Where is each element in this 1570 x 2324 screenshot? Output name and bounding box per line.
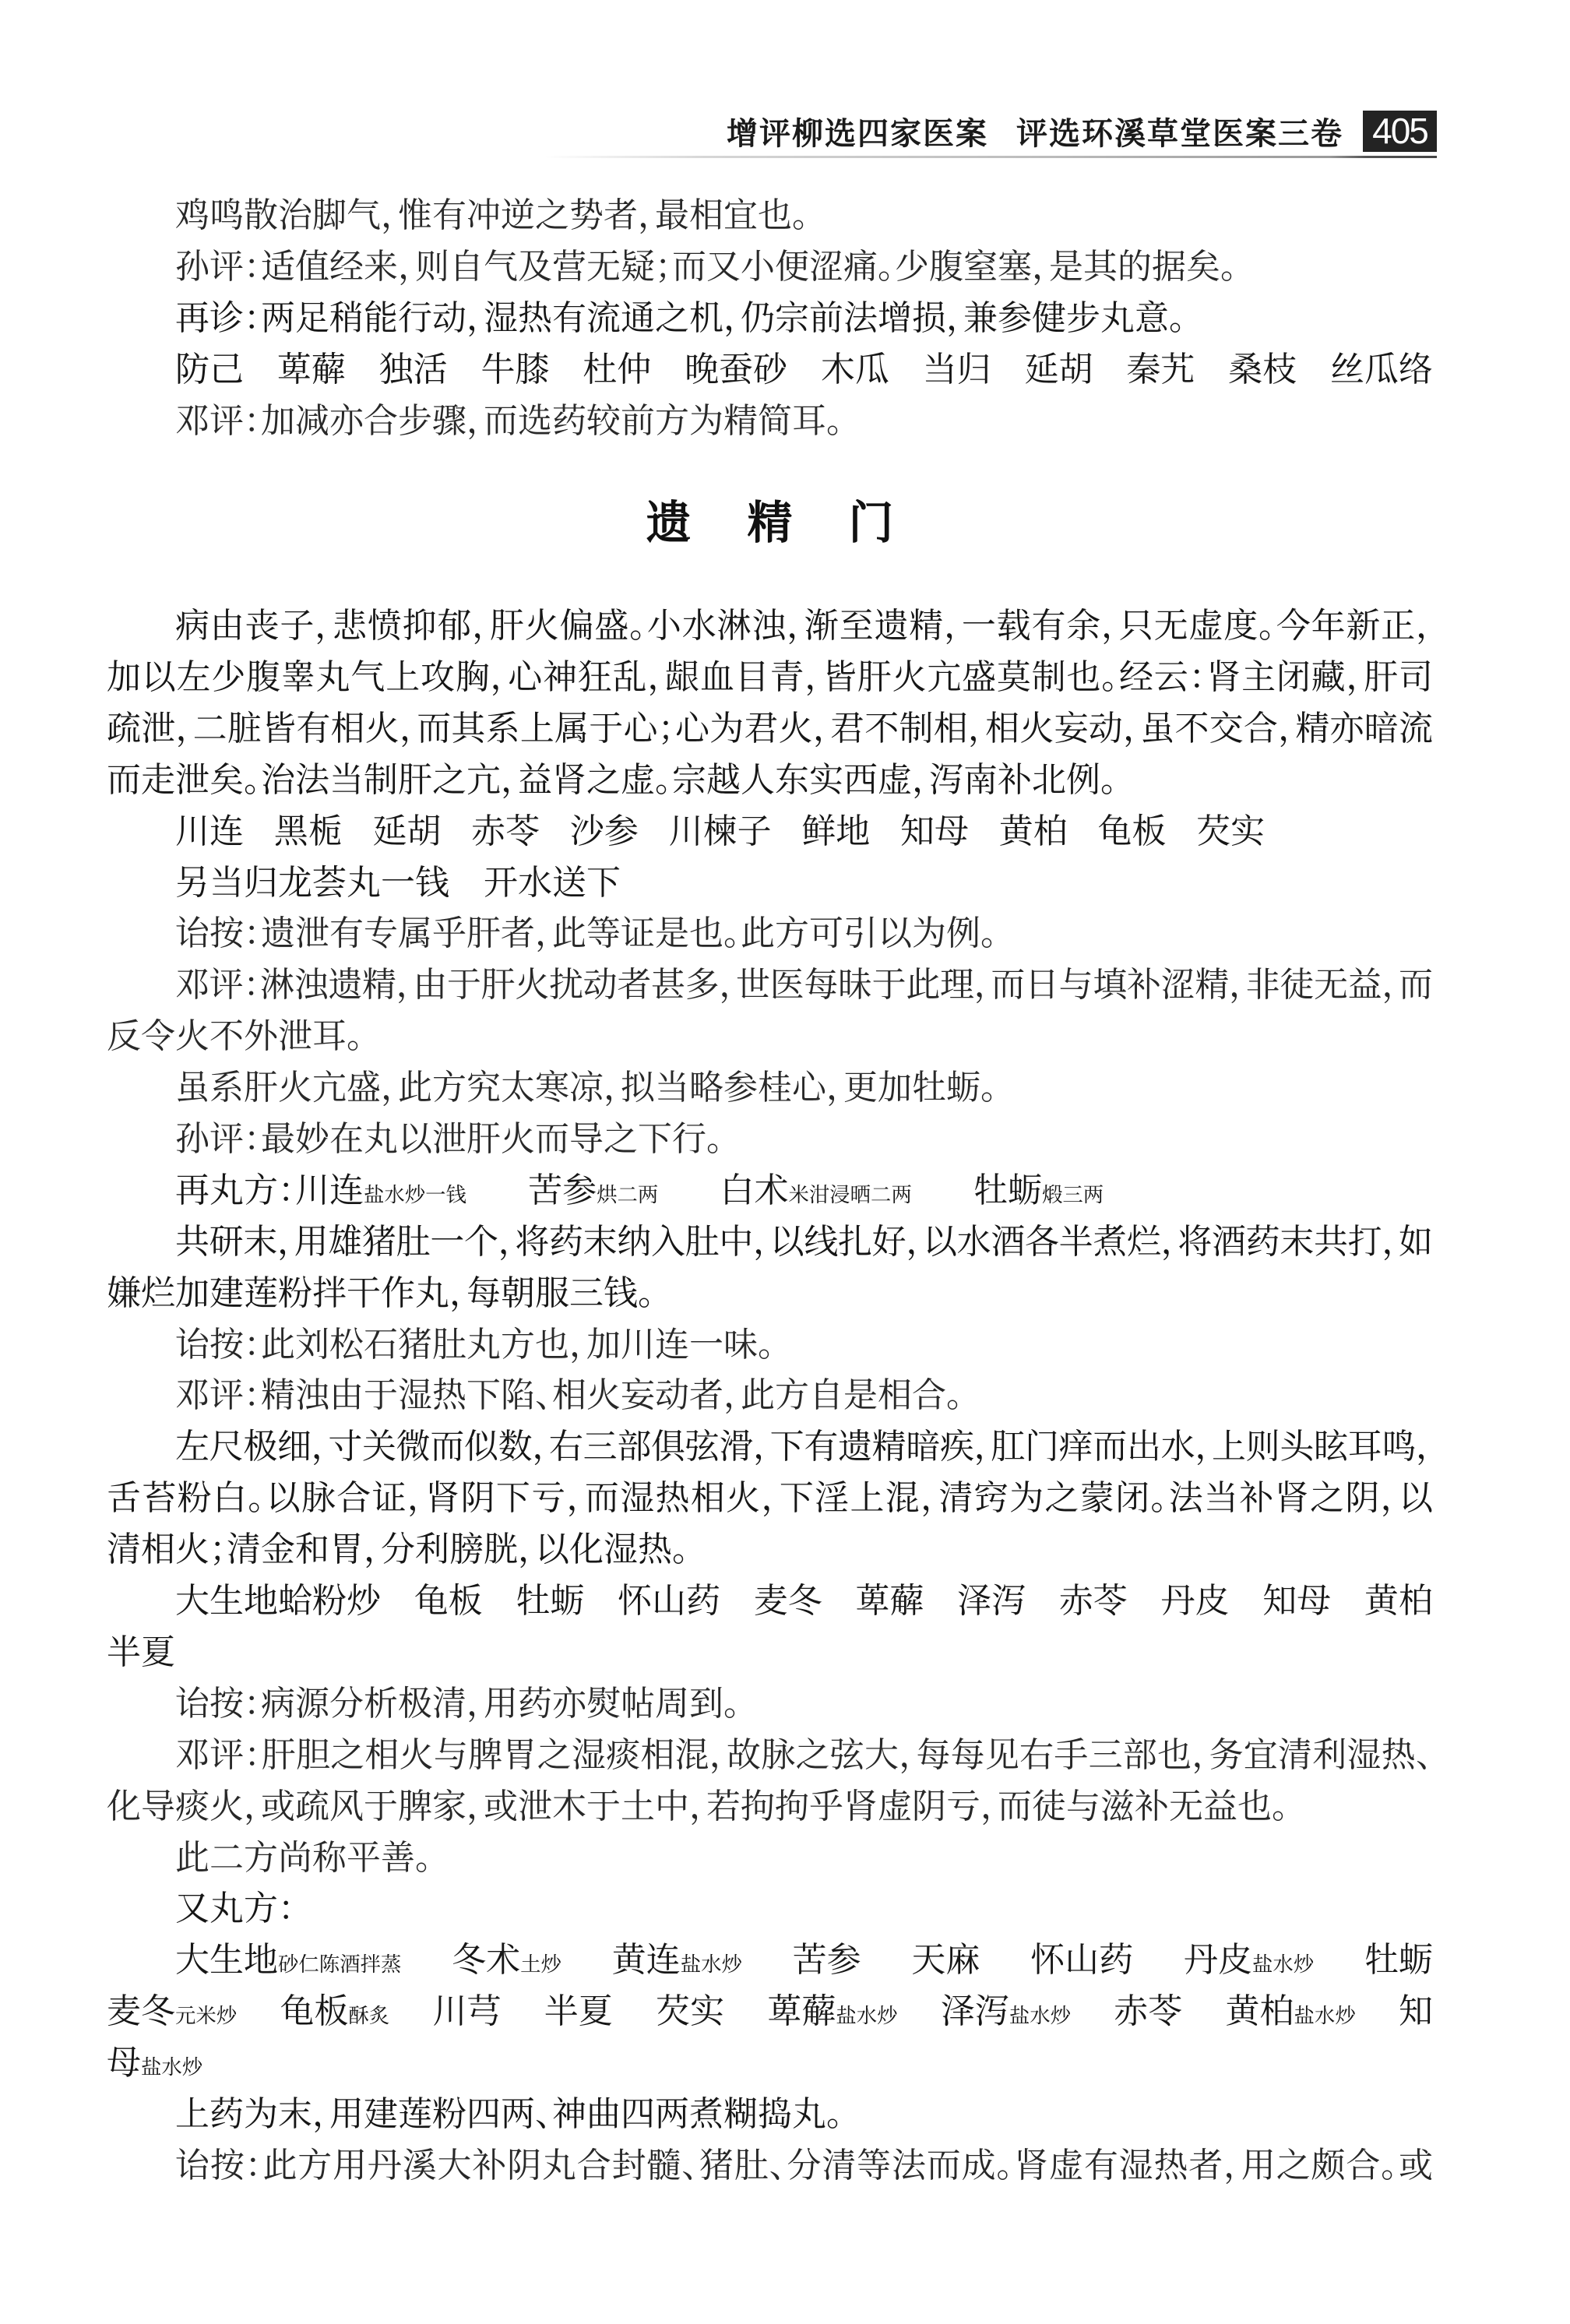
herb-item: 母盐水炒 [107, 2037, 202, 2093]
herb-item: 赤苓 [1059, 1576, 1128, 1627]
revisit-note: 再诊：两足稍能行动，湿热有流通之机，仍宗前法增损，兼参健步丸意。 [107, 293, 1433, 344]
herb-name: 萆薢 [767, 1991, 836, 2031]
prescription-line: 川连 黑栀 延胡 赤苓 沙参 川楝子 鲜地 知母 黄柏 龟板 芡实 [107, 806, 1433, 857]
herb-name: 龟板 [280, 1991, 348, 2031]
case-text-line: 清相火；清金和胃，分利膀胱，以化湿热。 [107, 1524, 1433, 1576]
case-text-line: 左尺极细，寸关微而似数，右三部俱弦滑，下有遗精暗疾，肛门痒而出水，上则头眩耳鸣， [107, 1421, 1433, 1473]
herb-item: 牡蛎 [516, 1576, 584, 1627]
prescription-line: 半夏 [107, 1627, 1433, 1678]
herb-preparation-note: 土炒 [520, 1953, 561, 1977]
herb-name: 牡蛎 [973, 1171, 1042, 1210]
herb-item: 麦冬元米炒 [107, 1986, 237, 2042]
herb-item: 泽泻 [957, 1576, 1026, 1627]
herb-item: 知母 [900, 806, 969, 857]
sun-comment: 孙评：适值经来，则自气及营无疑；而又小便涩痛。少腹窒塞，是其的据矣。 [107, 241, 1433, 293]
commentary-line: 鸡鸣散治脚气，惟有冲逆之势者，最相宜也。 [107, 190, 1433, 241]
herb-item: 沙参 [570, 806, 639, 857]
herb-item: 半夏 [544, 1986, 613, 2037]
yi-note: 诒按：此刘松石猪肚丸方也，加川连一味。 [107, 1319, 1433, 1371]
formula-label: 又丸方： [107, 1883, 1433, 1935]
herb-item: 当归 [923, 344, 991, 396]
herb-item: 芡实 [656, 1986, 724, 2037]
herb-item: 怀山药 [1030, 1935, 1133, 1986]
herb-item: 苦参 [793, 1935, 861, 1986]
herb-name: 冬术 [452, 1940, 520, 1980]
sun-comment: 孙评：最妙在丸以泄肝火而导之下行。 [107, 1114, 1433, 1165]
herb-preparation-note: 盐水炒 [836, 2004, 897, 2028]
remark-line: 此二方尚称平善。 [107, 1833, 1433, 1884]
book-page: 增评柳选四家医案 评选环溪草堂医案三卷 405 鸡鸣散治脚气，惟有冲逆之势者，最… [0, 0, 1570, 2324]
herb-item: 赤苓 [471, 806, 540, 857]
deng-comment: 邓评：淋浊遗精，由于肝火扰动者甚多，世医每昧于此理，而日与填补涩精，非徒无益，而 [107, 960, 1433, 1011]
deng-comment: 反令火不外泄耳。 [107, 1011, 1433, 1062]
blank-line [107, 446, 1433, 498]
prescription-line: 大生地蛤粉炒 龟板 牡蛎 怀山药 麦冬 萆薢 泽泻 赤苓 丹皮 知母 黄柏 [107, 1576, 1433, 1627]
deng-comment: 邓评：肝胆之相火与脾胃之湿痰相混，故脉之弦大，每每见右手三部也，务宜清利湿热、 [107, 1730, 1433, 1781]
herb-preparation-note: 盐水炒 [1294, 2004, 1356, 2028]
herb-item: 丹皮 [1161, 1576, 1230, 1627]
adjunct-instruction: 开水送下 [484, 857, 621, 909]
herb-preparation-note: 盐水炒 [141, 2055, 202, 2079]
herb-item: 黄连盐水炒 [612, 1935, 742, 1991]
herb-name: 黄连 [612, 1940, 681, 1980]
herb-name: 丹皮 [1184, 1940, 1252, 1980]
herb-item: 赤苓 [1114, 1986, 1182, 2037]
deng-comment: 邓评：加减亦合步骤，而选药较前方为精简耳。 [107, 396, 1433, 447]
herb-name: 泽泻 [941, 1991, 1009, 2031]
herb-item: 晚蚕砂 [685, 344, 787, 396]
herb-item: 天麻 [911, 1935, 980, 1986]
herb-item: 鲜地 [801, 806, 870, 857]
pill-formula-line: 再丸方：川连盐水炒一钱 苦参烘二两 白术米泔浸晒二两 牡蛎煅三两 [107, 1165, 1433, 1217]
herb-item: 萆薢 [855, 1576, 924, 1627]
herb-item: 桑枝 [1228, 344, 1297, 396]
prescription-line: 防己 萆薢 独活 牛膝 杜仲 晚蚕砂 木瓜 当归 延胡 秦艽 桑枝 丝瓜络 [107, 344, 1433, 396]
herb-item: 龟板 [1097, 806, 1166, 857]
preparation-line: 共研末，用雄猪肚一个，将药末纳入肚中，以线扎好，以水酒各半煮烂，将酒药末共打，如 [107, 1217, 1433, 1268]
herb-preparation-note: 米泔浸晒二两 [789, 1183, 912, 1207]
section-title: 遗精门 [107, 498, 1433, 549]
herb-preparation-note: 盐水炒 [1009, 2004, 1071, 2028]
herb-preparation-note: 烘二两 [597, 1183, 658, 1207]
herb-item: 白术米泔浸晒二两 [720, 1165, 912, 1221]
herb-item: 川楝子 [669, 806, 772, 857]
herb-name: 白术 [720, 1171, 789, 1210]
herb-item: 牡蛎煅三两 [973, 1165, 1104, 1221]
herb-item: 大生地蛤粉炒 [175, 1576, 381, 1627]
prescription-line: 大生地砂仁陈酒拌蒸 冬术土炒 黄连盐水炒 苦参 天麻 怀山药 丹皮盐水炒 牡蛎 [107, 1935, 1433, 1986]
adjunct-line: 另当归龙荟丸一钱 开水送下 [107, 857, 1433, 909]
herb-preparation-note: 煅三两 [1042, 1183, 1104, 1207]
herb-item: 丝瓜络 [1330, 344, 1433, 396]
herb-name: 麦冬 [107, 1991, 175, 2031]
herb-item: 知 [1399, 1986, 1433, 2037]
herb-name: 大生地 [175, 1940, 278, 1980]
herb-item: 川芎 [433, 1986, 502, 2037]
running-header: 增评柳选四家医案 评选环溪草堂医案三卷 405 [0, 111, 1437, 152]
herb-item: 苦参烘二两 [528, 1165, 658, 1221]
page-body: 鸡鸣散治脚气，惟有冲逆之势者，最相宜也。 孙评：适值经来，则自气及营无疑；而又小… [107, 190, 1433, 2192]
case-text-line: 病由丧子，悲愤抑郁，肝火偏盛。小水淋浊，渐至遗精，一载有余，只无虚度。今年新正， [107, 600, 1433, 652]
page-number: 405 [1363, 111, 1437, 152]
deng-comment: 邓评：精浊由于湿热下陷、相火妄动者，此方自是相合。 [107, 1370, 1433, 1421]
herb-item: 萆薢盐水炒 [767, 1986, 897, 2042]
herb-preparation-note: 盐水炒一钱 [364, 1183, 466, 1207]
herb-preparation-note: 元米炒 [175, 2004, 237, 2028]
herb-item: 龟板酥炙 [280, 1986, 389, 2042]
header-rule [545, 156, 1437, 158]
herb-preparation-note: 酥炙 [348, 2004, 389, 2028]
preparation-line: 上药为末，用建莲粉四两、神曲四两煮糊捣丸。 [107, 2089, 1433, 2140]
herb-item: 泽泻盐水炒 [941, 1986, 1071, 2042]
herb-item: 大生地砂仁陈酒拌蒸 [175, 1935, 401, 1991]
herb-item: 黄柏 [999, 806, 1068, 857]
herb-item: 秦艽 [1126, 344, 1195, 396]
herb-item: 龟板 [414, 1576, 483, 1627]
herb-item: 怀山药 [618, 1576, 720, 1627]
yi-note: 诒按：遗泄有专属乎肝者，此等证是也。此方可引以为例。 [107, 908, 1433, 960]
herb-item: 丹皮盐水炒 [1184, 1935, 1314, 1991]
herb-item: 黄柏 [1364, 1576, 1433, 1627]
case-text-line: 而走泄矣。治法当制肝之亢，益肾之虚。宗越人东实西虚，泻南补北例。 [107, 755, 1433, 806]
remark-line: 虽系肝火亢盛，此方究太寒凉，拟当略参桂心，更加牡蛎。 [107, 1062, 1433, 1114]
case-text-line: 加以左少腹睾丸气上攻胸，心神狂乱，龈血目青，皆肝火亢盛莫制也。经云：肾主闭藏，肝… [107, 652, 1433, 703]
preparation-line: 嫌烂加建莲粉拌干作丸，每朝服三钱。 [107, 1268, 1433, 1319]
herb-name: 川连 [295, 1171, 364, 1210]
volume-title: 评选环溪草堂医案三卷 [1016, 109, 1343, 153]
case-text-line: 疏泄，二脏皆有相火，而其系上属于心；心为君火，君不制相，相火妄动，虽不交合，精亦… [107, 703, 1433, 755]
herb-item: 川连 [175, 806, 244, 857]
herb-name: 母 [107, 2043, 141, 2083]
herb-item: 牡蛎 [1364, 1935, 1433, 1986]
blank-line [107, 549, 1433, 600]
herb-item: 半夏 [107, 1627, 175, 1678]
herb-item: 防己 [175, 344, 244, 396]
herb-item: 再丸方：川连盐水炒一钱 [175, 1165, 466, 1221]
herb-item: 萆薢 [277, 344, 346, 396]
herb-item: 黄柏盐水炒 [1226, 1986, 1356, 2042]
adjunct-pill: 另当归龙荟丸一钱 [175, 857, 449, 909]
deng-comment: 化导痰火，或疏风于脾家，或泄木于土中，若拘拘乎肾虚阴亏，而徒与滋补无益也。 [107, 1781, 1433, 1833]
herb-preparation-note: 盐水炒 [1252, 1953, 1314, 1977]
herb-item: 芡实 [1196, 806, 1265, 857]
herb-name: 黄柏 [1226, 1991, 1294, 2031]
prescription-line: 麦冬元米炒 龟板酥炙 川芎 半夏 芡实 萆薢盐水炒 泽泻盐水炒 赤苓 黄柏盐水炒… [107, 1986, 1433, 2037]
herb-item: 牛膝 [481, 344, 549, 396]
formula-label: 再丸方： [175, 1171, 295, 1210]
herb-name: 苦参 [528, 1171, 597, 1210]
herb-item: 延胡 [372, 806, 441, 857]
book-title: 增评柳选四家医案 [727, 109, 988, 153]
yi-note: 诒按：此方用丹溪大补阴丸合封髓、猪肚、分清等法而成。肾虚有湿热者，用之颇合。或 [107, 2140, 1433, 2192]
herb-item: 延胡 [1025, 344, 1093, 396]
case-text-line: 舌苔粉白。以脉合证，肾阴下亏，而湿热相火，下淫上混，清窍为之蒙闭。法当补肾之阴，… [107, 1473, 1433, 1524]
herb-item: 杜仲 [583, 344, 651, 396]
herb-preparation-note: 盐水炒 [681, 1953, 742, 1977]
yi-note: 诒按：病源分析极清，用药亦熨帖周到。 [107, 1678, 1433, 1730]
herb-item: 冬术土炒 [452, 1935, 561, 1991]
prescription-line: 母盐水炒 [107, 2037, 1433, 2089]
herb-item: 麦冬 [754, 1576, 822, 1627]
herb-item: 木瓜 [821, 344, 889, 396]
herb-item: 知母 [1262, 1576, 1331, 1627]
herb-preparation-note: 砂仁陈酒拌蒸 [278, 1953, 401, 1977]
herb-item: 黑栀 [274, 806, 343, 857]
herb-item: 独活 [379, 344, 448, 396]
